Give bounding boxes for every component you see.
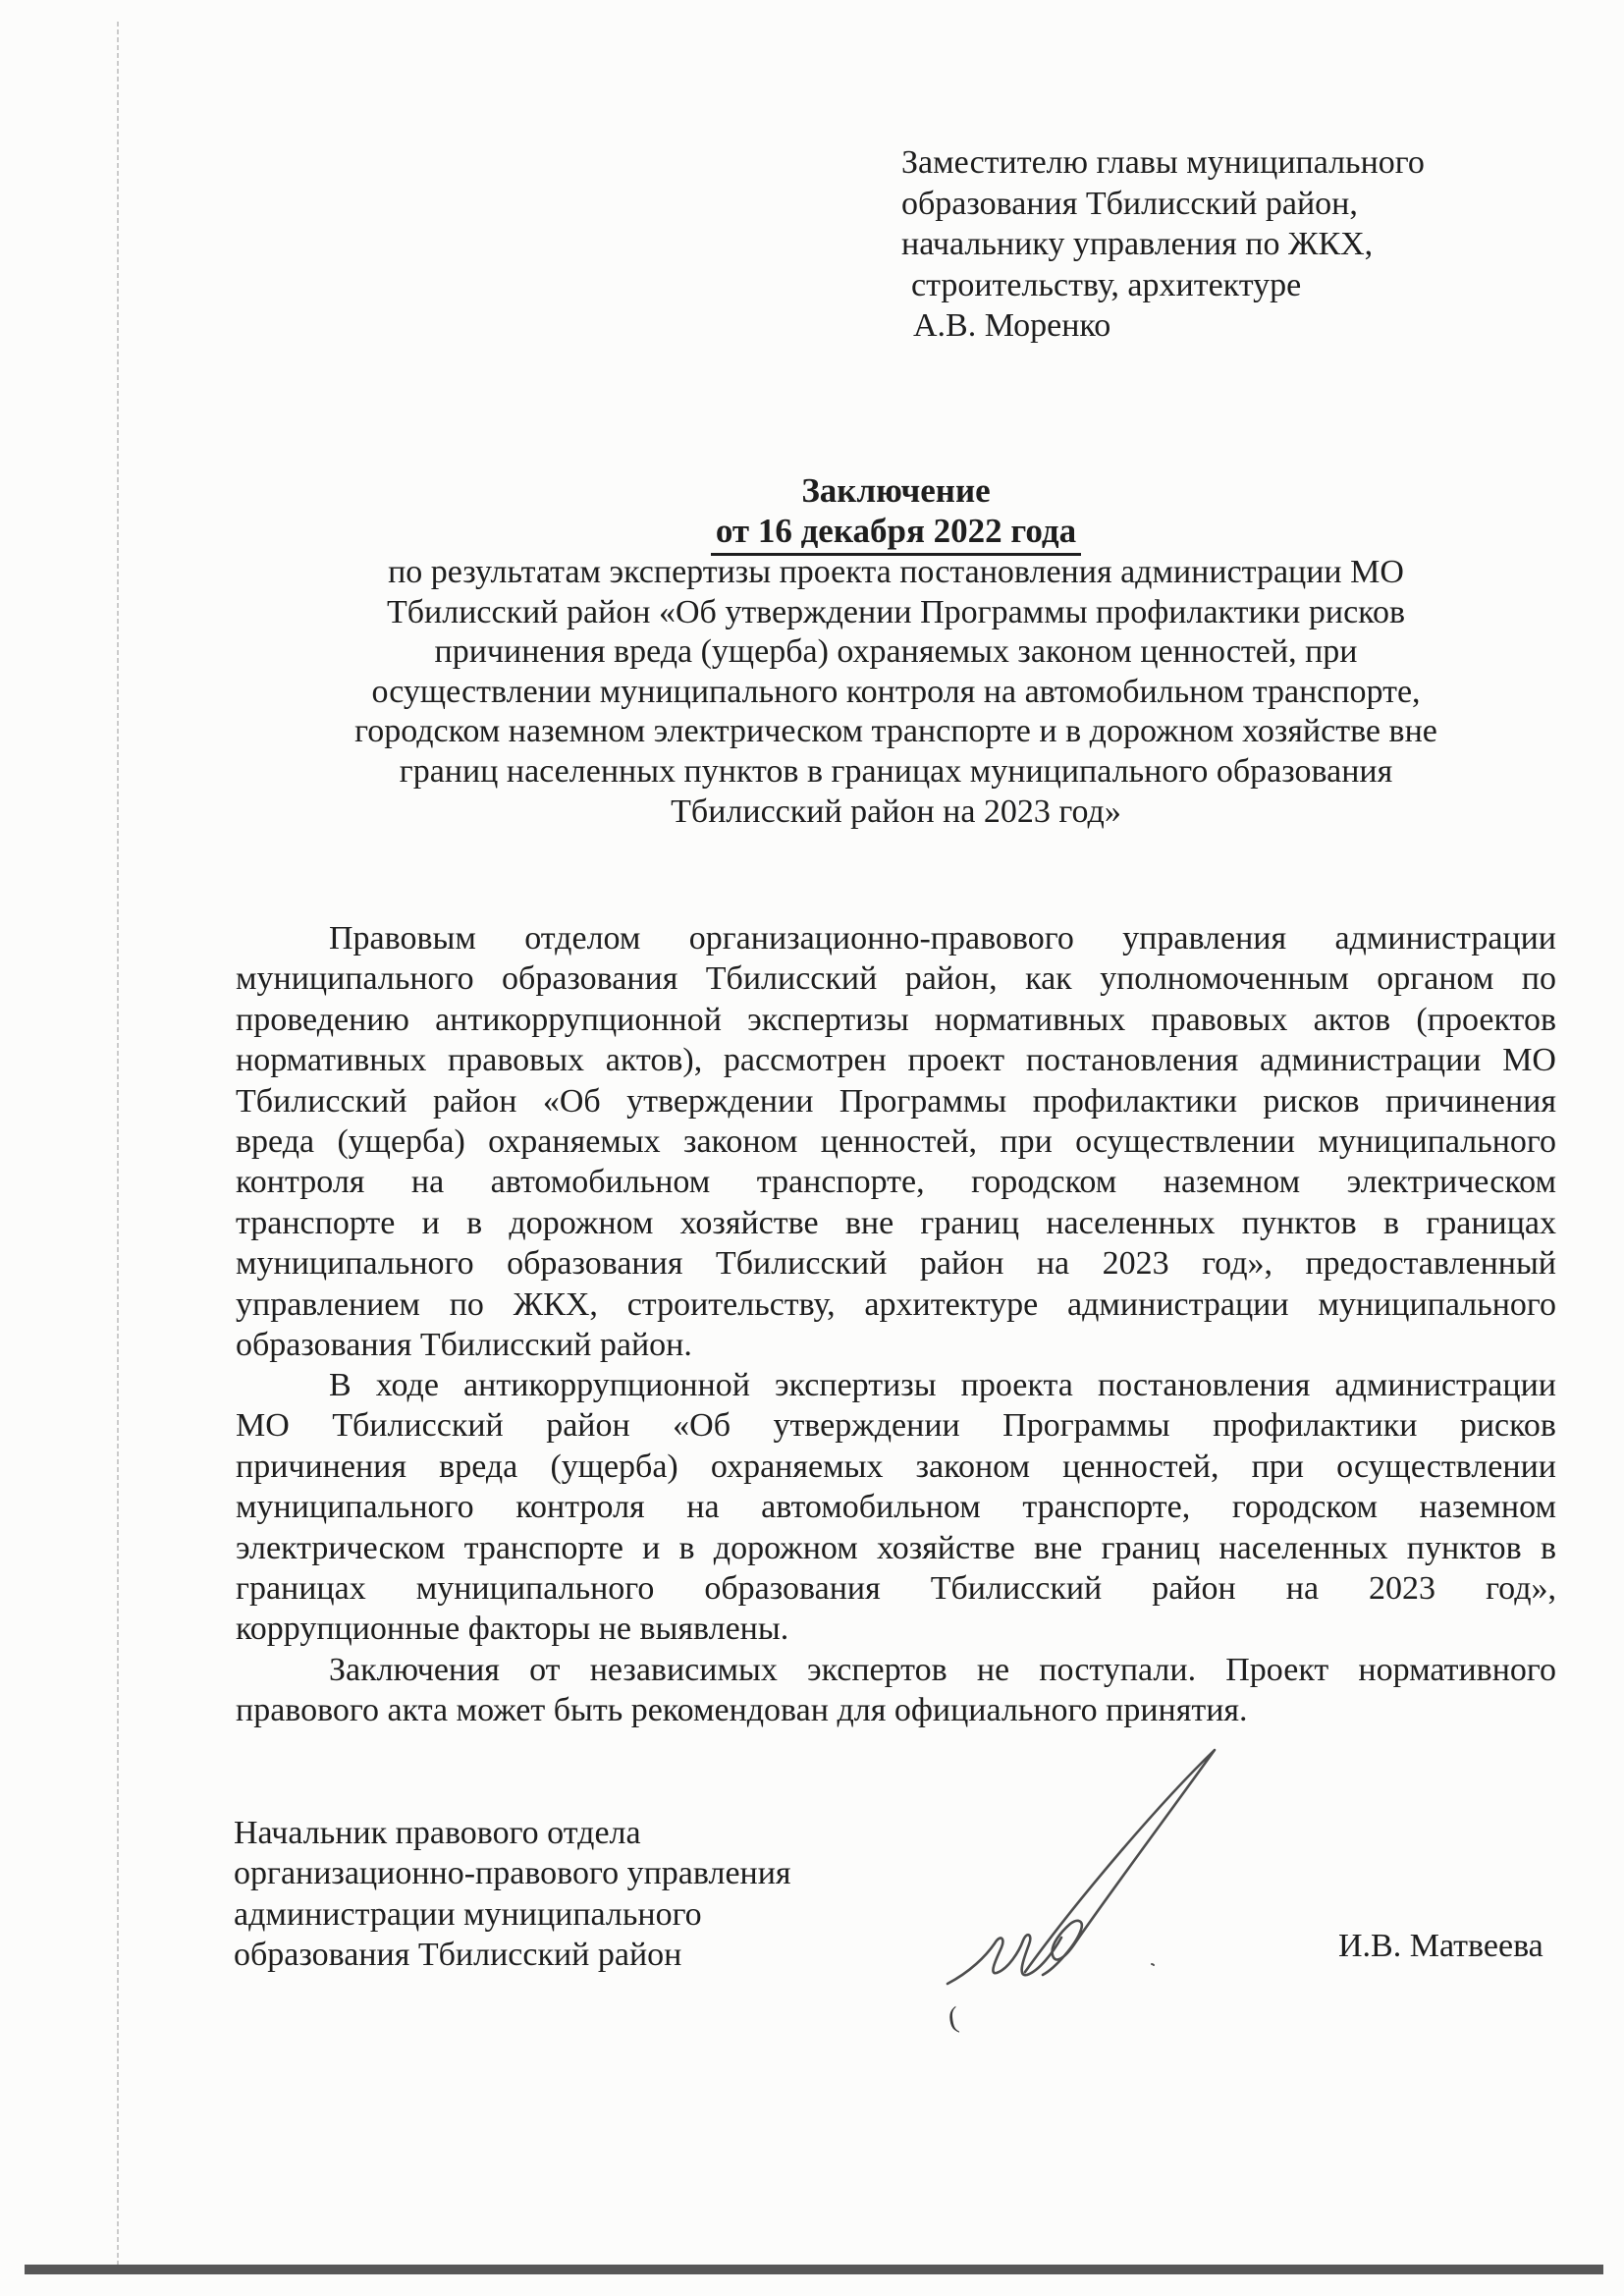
text-line: причинения вреда (ущерба) охраняемых зак… [236, 1447, 1556, 1487]
text-line: контроля на автомобильном транспорте, го… [236, 1162, 1556, 1202]
text-line: В ходе антикоррупционной экспертизы прое… [236, 1365, 1556, 1405]
text-line: А.В. Моренко [901, 305, 1451, 347]
text-line: начальнику управления по ЖКХ, [901, 224, 1451, 265]
text-line: Тбилисский район «Об утверждении Програм… [236, 593, 1556, 633]
text-line: причинения вреда (ущерба) охраняемых зак… [236, 632, 1556, 673]
text-line: вреда (ущерба) охраняемых законом ценнос… [236, 1121, 1556, 1162]
recipient-address-block: Заместителю главы муниципальногообразова… [901, 142, 1451, 347]
text-line: границ населенных пунктов в границах мун… [236, 752, 1556, 793]
scanned-document-page: Заместителю главы муниципальногообразова… [0, 0, 1624, 2296]
text-line: Заместителю главы муниципального [901, 142, 1451, 184]
text-line: нормативных правовых актов), рассмотрен … [236, 1040, 1556, 1080]
text-line: организационно-правового управления [234, 1853, 921, 1893]
text-line: образования Тбилисский район. [236, 1325, 1556, 1365]
body-paragraph-1: Правовым отделом организационно-правовог… [236, 918, 1556, 1365]
text-line: Тбилисский район на 2023 год» [236, 793, 1556, 833]
text-line: электрическом транспорте и в дорожном хо… [236, 1528, 1556, 1568]
text-line: транспорте и в дорожном хозяйстве вне гр… [236, 1203, 1556, 1243]
text-line: образования Тбилисский район, [901, 184, 1451, 225]
text-line: городском наземном электрическом транспо… [236, 712, 1556, 752]
text-line: Правовым отделом организационно-правовог… [236, 918, 1556, 958]
body-paragraph-3: Заключения от независимых экспертов не п… [236, 1650, 1556, 1731]
text-line: по результатам экспертизы проекта постан… [236, 553, 1556, 593]
text-line: границах муниципального образования Тбил… [236, 1568, 1556, 1609]
text-line: образования Тбилисский район [234, 1935, 921, 1975]
document-date-text: от 16 декабря 2022 года [711, 511, 1081, 556]
document-date: от 16 декабря 2022 года [236, 511, 1556, 556]
handwritten-signature [931, 1736, 1255, 1992]
scan-edge-artifact [117, 22, 119, 2269]
text-line: управлением по ЖКХ, строительству, архит… [236, 1285, 1556, 1325]
text-line: муниципального образования Тбилисский ра… [236, 958, 1556, 999]
signatory-name: И.В. Матвеева [1338, 1926, 1594, 1966]
document-title: Заключение [236, 470, 1556, 512]
text-line: проведению антикоррупционной экспертизы … [236, 1000, 1556, 1040]
text-line: строительству, архитектуре [901, 265, 1451, 306]
signatory-position-block: Начальник правового отделаорганизационно… [234, 1813, 921, 1976]
text-line: Заключения от независимых экспертов не п… [236, 1650, 1556, 1690]
body-paragraph-2: В ходе антикоррупционной экспертизы прое… [236, 1365, 1556, 1650]
text-line: Тбилисский район «Об утверждении Програм… [236, 1081, 1556, 1121]
text-line: коррупционные факторы не выявлены. [236, 1609, 1556, 1649]
text-line: муниципального контроля на автомобильном… [236, 1487, 1556, 1527]
text-line: Начальник правового отдела [234, 1813, 921, 1853]
text-line: муниципального образования Тбилисский ра… [236, 1243, 1556, 1284]
scanner-bar-artifact [25, 2265, 1603, 2274]
text-line: правового акта может быть рекомендован д… [236, 1690, 1556, 1730]
text-line: осуществлении муниципального контроля на… [236, 673, 1556, 713]
document-subject: по результатам экспертизы проекта постан… [236, 553, 1556, 832]
text-line: МО Тбилисский район «Об утверждении Прог… [236, 1405, 1556, 1446]
text-line: администрации муниципального [234, 1894, 921, 1935]
stray-pen-mark: ( [947, 2002, 960, 2033]
